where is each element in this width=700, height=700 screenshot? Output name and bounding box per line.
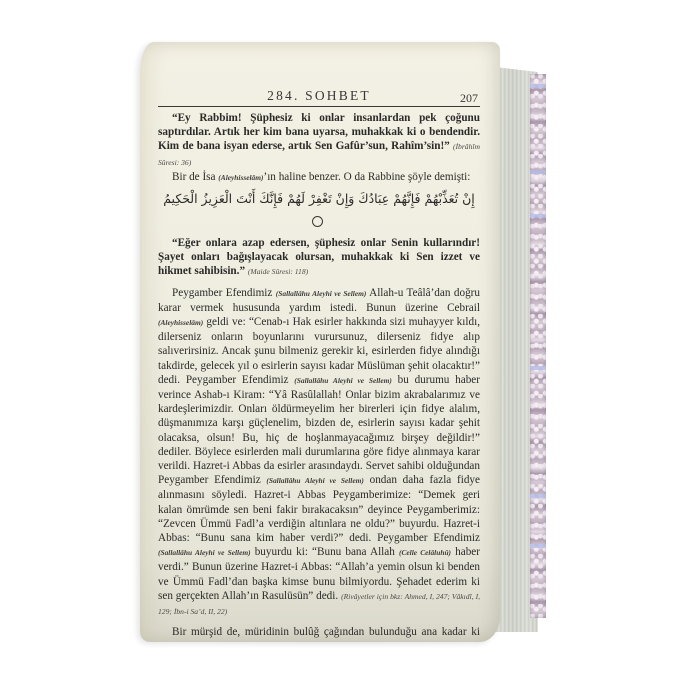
arabic-verse: إِنْ تُعَذِّبْهُمْ فَإِنَّهُمْ عِبَادُكَ…: [158, 188, 480, 232]
book-photo: 284. SOHBET 207 “Ey Rabbim! Şüphesiz ki …: [0, 0, 700, 700]
running-head: 284. SOHBET 207: [158, 88, 480, 107]
fore-edge-band: [530, 170, 546, 174]
page-number: 207: [460, 91, 478, 106]
text-span: Peygamber Efendimiz: [172, 287, 276, 299]
text-span: bu durumu haber verince Ashab-ı Kiram: “…: [158, 374, 480, 486]
verse-end-marker-icon: [312, 216, 323, 227]
text-span: Bir mürşid de, müridinin bulûğ çağından …: [158, 626, 480, 642]
paragraph-main: Peygamber Efendimiz (Sallallâhu Aleyhi v…: [158, 286, 480, 620]
paragraph-murshid: Bir mürşid de, müridinin bulûğ çağından …: [158, 625, 480, 642]
text-span: buyurdu ki: “Bunu bana Allah: [251, 546, 399, 558]
honorific: (Sallallâhu Aleyhi ve Sellem): [266, 476, 363, 485]
honorific: (Sallallâhu Aleyhi ve Sellem): [276, 289, 367, 298]
text-span: Bir de İsa: [172, 171, 218, 183]
book-page: 284. SOHBET 207 “Ey Rabbim! Şüphesiz ki …: [140, 42, 500, 642]
fore-edge-band: [530, 366, 546, 370]
quote-ibrahim: “Ey Rabbim! Şüphesiz ki onlar insanlarda…: [158, 111, 480, 170]
citation: (Maide Sûresi: 118): [248, 267, 308, 276]
chapter-title: 284. SOHBET: [158, 88, 480, 104]
honorific: (Sallallâhu Aleyhi ve Sellem): [294, 376, 392, 385]
honorific: (Aleyhisselâm): [158, 318, 203, 327]
page-text-block: 284. SOHBET 207 “Ey Rabbim! Şüphesiz ki …: [158, 88, 480, 642]
decorated-fore-edge: [530, 74, 546, 618]
quote-maide: “Eğer onlara azap edersen, şüphesiz onla…: [158, 236, 480, 280]
paragraph-isa: Bir de İsa (Aleyhisselâm)’ın haline benz…: [158, 170, 480, 185]
quote-text: “Eğer onlara azap edersen, şüphesiz onla…: [158, 237, 480, 277]
quote-text: “Ey Rabbim! Şüphesiz ki onlar insanlarda…: [158, 112, 480, 152]
fore-edge-band: [530, 214, 546, 218]
arabic-verse-text: إِنْ تُعَذِّبْهُمْ فَإِنَّهُمْ عِبَادُكَ…: [163, 191, 475, 206]
honorific: (Celle Celâluhû): [399, 548, 451, 557]
honorific: (Aleyhisselâm): [218, 173, 263, 182]
fore-edge-band: [530, 544, 546, 548]
honorific: (Sallallâhu Aleyhi ve Sellem): [158, 548, 251, 557]
fore-edge-band: [530, 84, 546, 88]
text-span: ’ın haline benzer. O da Rabbine şöyle de…: [263, 171, 470, 183]
fore-edge-band: [530, 494, 546, 498]
